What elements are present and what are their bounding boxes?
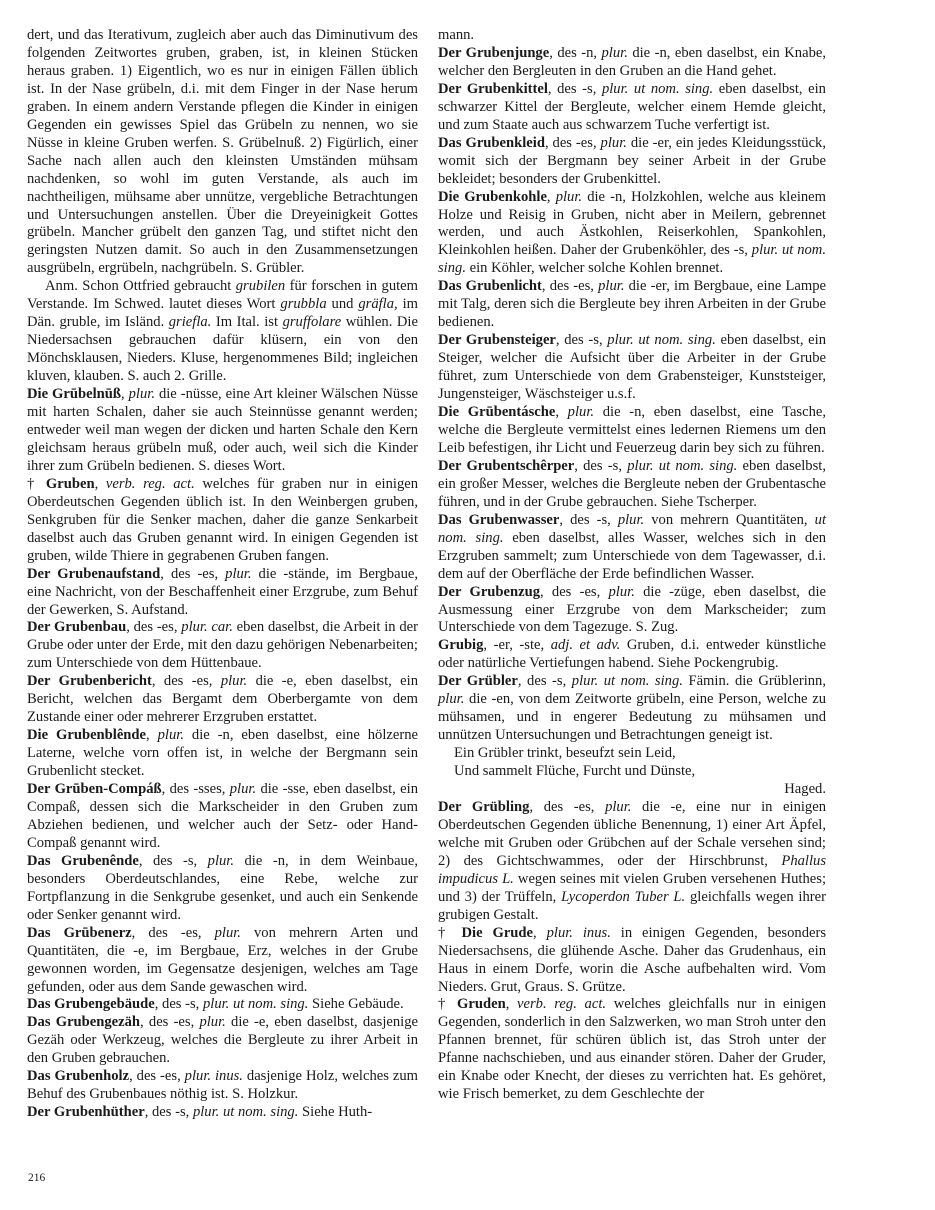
entry-headword: Der Grubenzug <box>438 584 540 600</box>
grammar-note: plur. ut nom. sing. <box>627 458 737 474</box>
entry-text: , <box>547 189 556 205</box>
dictionary-entry: Der Grubenjunge, des -n, plur. die -n, e… <box>438 45 826 81</box>
dictionary-entry: † Gruben, verb. reg. act. welches für gr… <box>27 476 418 566</box>
entry-headword: Die Grubenblênde <box>27 727 146 743</box>
dictionary-entry: dert, und das Iterativum, zugleich aber … <box>27 27 418 278</box>
grammar-note: plur. <box>609 584 635 600</box>
entry-text: , des -s, <box>145 1104 193 1120</box>
entry-text: , <box>146 727 158 743</box>
entry-text: † <box>438 925 461 941</box>
entry-headword: Der Grūben-Compáß <box>27 781 162 797</box>
entry-text: , des -s, <box>556 332 607 348</box>
grammar-note: plur. <box>158 727 184 743</box>
entry-text: , <box>121 386 129 402</box>
entry-headword: Das Grubenênde <box>27 853 139 869</box>
dictionary-entry: Das Grubenholz, des -es, plur. inus. das… <box>27 1068 418 1104</box>
dictionary-entry: Die Grūbelnūß, plur. die -nüsse, eine Ar… <box>27 386 418 476</box>
dictionary-entry: Das Grūbenerz, des -es, plur. von mehrer… <box>27 925 418 997</box>
grammar-note: plur. <box>215 925 241 941</box>
dictionary-entry: Der Grūben-Compáß, des -sses, plur. die … <box>27 781 418 853</box>
entry-headword: Der Grubenaufstand <box>27 566 160 582</box>
grammar-note: plur. <box>208 853 234 869</box>
entry-text: Fämin. die Grüblerinn, <box>683 673 826 689</box>
verse-line: Ein Grübler trinkt, beseufzt sein Leid, <box>438 745 826 763</box>
entry-text: † <box>438 996 457 1012</box>
dictionary-entry: Der Grubenaufstand, des -es, plur. die -… <box>27 566 418 620</box>
dictionary-entry: Der Grubensteiger, des -s, plur. ut nom.… <box>438 332 826 404</box>
dictionary-entry: Der Grubenbau, des -es, plur. car. eben … <box>27 619 418 673</box>
dictionary-entry: Die Grūbentásche, plur. die -n, eben das… <box>438 404 826 458</box>
entry-headword: Das Grubenkleid <box>438 135 545 151</box>
grammar-note: plur. <box>598 278 624 294</box>
entry-text: † <box>27 476 46 492</box>
entry-text: , des -es, <box>540 584 608 600</box>
entry-text: dert, und das Iterativum, zugleich aber … <box>27 27 418 276</box>
verse-attribution: Haged. <box>438 781 826 799</box>
entry-headword: Die Grubenkohle <box>438 189 547 205</box>
dictionary-entry: Der Grubenkittel, des -s, plur. ut nom. … <box>438 81 826 135</box>
entry-text: , des -s, <box>548 81 602 97</box>
entry-headword: Der Grubenjunge <box>438 45 549 61</box>
entry-text: und <box>327 296 359 312</box>
verse-line: Und sammelt Flüche, Furcht und Dünste, <box>438 763 826 781</box>
entry-text: , des -es, <box>132 925 215 941</box>
grammar-note: plur. inus. <box>185 1068 243 1084</box>
entry-text: , des -n, <box>549 45 601 61</box>
entry-text: , des -es, <box>542 278 598 294</box>
grammar-note: plur. ut nom. sing. <box>607 332 716 348</box>
entry-headword: Der Grubenbericht <box>27 673 152 689</box>
dictionary-entry: Der Grubenzug, des -es, plur. die -züge,… <box>438 584 826 638</box>
dictionary-entry: Grubig, -er, -ste, adj. et adv. Gruben, … <box>438 637 826 673</box>
dictionary-entry: Das Grubenwasser, des -s, plur. von mehr… <box>438 512 826 584</box>
grammar-note: gruffolare <box>283 314 342 330</box>
grammar-note: plur. <box>225 566 251 582</box>
dictionary-entry: Das Grubengebäude, des -s, plur. ut nom.… <box>27 996 418 1014</box>
grammar-note: gräfla, <box>358 296 397 312</box>
grammar-note: plur. <box>438 691 464 707</box>
entry-headword: Das Grubenholz <box>27 1068 129 1084</box>
dictionary-entry: † Die Grude, plur. inus. in einigen Gege… <box>438 925 826 997</box>
entry-headword: Die Grude <box>461 925 533 941</box>
dictionary-entry: mann. <box>438 27 826 45</box>
entry-text: , des -es, <box>152 673 221 689</box>
entry-headword: Das Grubenlicht <box>438 278 542 294</box>
entry-text: , des -s, <box>559 512 617 528</box>
entry-headword: Der Grubentschêrper <box>438 458 574 474</box>
entry-text: die -en, von dem Zeitworte grübeln, eine… <box>438 691 826 743</box>
entry-headword: Der Grubenbau <box>27 619 126 635</box>
entry-text: , des -s, <box>139 853 208 869</box>
entry-headword: Der Grubensteiger <box>438 332 556 348</box>
entry-text: , des -es, <box>126 619 181 635</box>
grammar-note: grubbla <box>280 296 326 312</box>
entry-headword: Das Grūbenerz <box>27 925 132 941</box>
entry-headword: Gruben <box>46 476 95 492</box>
entry-text: , des -sses, <box>162 781 230 797</box>
dictionary-entry: Der Grübler, des -s, plur. ut nom. sing.… <box>438 673 826 745</box>
entry-text: , des -es, <box>140 1014 199 1030</box>
entry-text: , des -s, <box>518 673 572 689</box>
dictionary-entry: Das Grubenkleid, des -es, plur. die -er,… <box>438 135 826 189</box>
grammar-note: adj. et adv. <box>551 637 621 653</box>
grammar-note: plur. <box>230 781 256 797</box>
grammar-note: plur. car. <box>181 619 233 635</box>
entry-text: , <box>555 404 567 420</box>
entry-text: , -er, -ste, <box>483 637 550 653</box>
right-column: mann.Der Grubenjunge, des -n, plur. die … <box>438 27 826 1104</box>
entry-headword: Grubig <box>438 637 483 653</box>
entry-headword: Die Grūbentásche <box>438 404 555 420</box>
grammar-note: plur. ut nom. sing. <box>193 1104 298 1120</box>
entry-text: , des -s, <box>155 996 203 1012</box>
dictionary-entry: Der Grubenbericht, des -es, plur. die -e… <box>27 673 418 727</box>
entry-text: Im Ital. ist <box>211 314 282 330</box>
verse-quotation: Ein Grübler trinkt, beseufzt sein Leid,U… <box>438 745 826 799</box>
grammar-note: plur. <box>601 135 627 151</box>
grammar-note: plur. <box>129 386 155 402</box>
grammar-note: griefla. <box>169 314 212 330</box>
entry-headword: Der Grübling <box>438 799 529 815</box>
entry-headword: Die Grūbelnūß <box>27 386 121 402</box>
entry-headword: Das Grubenwasser <box>438 512 559 528</box>
entry-text: , des -s, <box>574 458 627 474</box>
grammar-note: plur. <box>618 512 644 528</box>
dictionary-entry: Die Grubenblênde, plur. die -n, eben das… <box>27 727 418 781</box>
grammar-note: plur. ut nom. sing. <box>203 996 308 1012</box>
entry-text: mann. <box>438 27 474 43</box>
grammar-note: plur. <box>221 673 247 689</box>
entry-text: ein Köhler, welcher solche Kohlen brenne… <box>466 260 723 276</box>
dictionary-entry: Die Grubenkohle, plur. die -n, Holzkohle… <box>438 189 826 279</box>
grammar-note: plur. ut nom. sing. <box>572 673 683 689</box>
entry-text: , des -es, <box>529 799 605 815</box>
grammar-note: Lycoperdon Tuber L. <box>561 889 685 905</box>
page-number: 216 <box>28 1172 45 1184</box>
grammar-note: plur. ut nom. sing. <box>602 81 713 97</box>
entry-text: , <box>506 996 517 1012</box>
dictionary-entry: Der Grubenhüther, des -s, plur. ut nom. … <box>27 1104 418 1122</box>
grammar-note: plur. <box>556 189 582 205</box>
dictionary-entry: Das Grubenênde, des -s, plur. die -n, in… <box>27 853 418 925</box>
dictionary-entry: Der Grubentschêrper, des -s, plur. ut no… <box>438 458 826 512</box>
dictionary-entry: Das Grubengezäh, des -es, plur. die -e, … <box>27 1014 418 1068</box>
entry-headword: Gruden <box>457 996 506 1012</box>
dictionary-entry: † Gruden, verb. reg. act. welches gleich… <box>438 996 826 1104</box>
entry-text: , <box>533 925 547 941</box>
entry-text: Siehe Huth- <box>298 1104 372 1120</box>
entry-text: Anm. Schon Ottfried gebraucht <box>45 278 236 294</box>
entry-text: von mehrern Quantitäten, <box>644 512 814 528</box>
grammar-note: plur. inus. <box>547 925 611 941</box>
entry-text: , <box>95 476 106 492</box>
entry-headword: Der Grubenkittel <box>438 81 548 97</box>
grammar-note: verb. reg. act. <box>106 476 195 492</box>
dictionary-entry: Anm. Schon Ottfried gebraucht grubilen f… <box>27 278 418 386</box>
entry-headword: Der Grubenhüther <box>27 1104 145 1120</box>
grammar-note: plur. <box>568 404 594 420</box>
entry-headword: Das Grubengezäh <box>27 1014 140 1030</box>
entry-text: , des -es, <box>545 135 601 151</box>
left-column: dert, und das Iterativum, zugleich aber … <box>27 27 418 1122</box>
entry-text: Siehe Gebäude. <box>308 996 403 1012</box>
grammar-note: verb. reg. act. <box>517 996 606 1012</box>
dictionary-entry: Der Grübling, des -es, plur. die -e, ein… <box>438 799 826 925</box>
grammar-note: plur. <box>199 1014 225 1030</box>
entry-headword: Das Grubengebäude <box>27 996 155 1012</box>
entry-text: , des -es, <box>160 566 225 582</box>
entry-text: , des -es, <box>129 1068 185 1084</box>
dictionary-entry: Das Grubenlicht, des -es, plur. die -er,… <box>438 278 826 332</box>
grammar-note: plur. <box>602 45 628 61</box>
grammar-note: plur. <box>605 799 631 815</box>
grammar-note: grubilen <box>236 278 285 294</box>
entry-headword: Der Grübler <box>438 673 518 689</box>
